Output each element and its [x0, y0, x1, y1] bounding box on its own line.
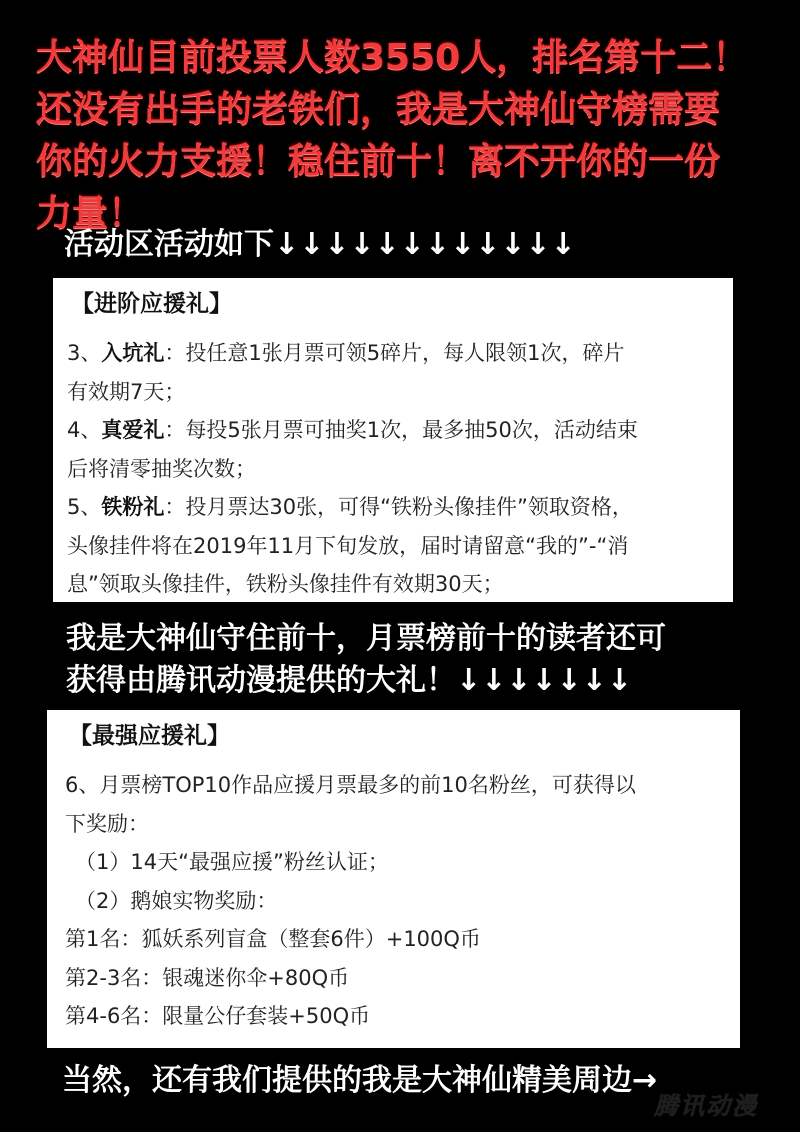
top10-heading: 我是大神仙守住前十，月票榜前十的读者还可 获得由腾讯动漫提供的大礼！↓↓↓↓↓↓…: [66, 618, 666, 702]
reward-item: （2）鹅娘实物奖励：: [65, 882, 728, 921]
merch-heading: 当然，还有我们提供的我是大神仙精美周边→: [62, 1060, 657, 1102]
reward-intro-cont: 下奖励：: [65, 805, 728, 844]
prize-item: 第1名：狐妖系列盲盒（整套6件）+100Q币: [65, 920, 728, 959]
headline-red: 大神仙目前投票人数3550人，排名第十二！ 还没有出手的老铁们，我是大神仙守榜需…: [36, 32, 776, 240]
watermark-logo: 腾讯动漫: [654, 1086, 758, 1121]
gift-item-5-cont2: 息”领取头像挂件，铁粉头像挂件有效期30天；: [67, 565, 721, 604]
headline-line: 还没有出手的老铁们，我是大神仙守榜需要: [36, 84, 776, 136]
strongest-support-gift-box: 【最强应援礼】 6、月票榜TOP10作品应援月票最多的前10名粉丝，可获得以 下…: [47, 710, 740, 1048]
prize-item: 第2-3名：银魂迷你伞+80Q币: [65, 959, 728, 998]
prize-item: 第4-6名：限量公仔套装+50Q币: [65, 997, 728, 1036]
top10-heading-line: 我是大神仙守住前十，月票榜前十的读者还可: [66, 618, 666, 660]
reward-intro: 6、月票榜TOP10作品应援月票最多的前10名粉丝，可获得以: [65, 766, 728, 805]
gift-item-3: 3、入坑礼：投任意1张月票可领5碎片，每人限领1次，碎片: [67, 334, 721, 373]
activity-heading: 活动区活动如下↓↓↓↓↓↓↓↓↓↓↓↓: [64, 224, 576, 266]
gift-item-4: 4、真爱礼：每投5张月票可抽奖1次，最多抽50次，活动结束: [67, 411, 721, 450]
gift-item-3-cont: 有效期7天；: [67, 373, 721, 412]
headline-line: 大神仙目前投票人数3550人，排名第十二！: [36, 32, 776, 84]
box-title: 【进阶应援礼】: [71, 284, 721, 324]
box-title: 【最强应援礼】: [69, 716, 728, 756]
top10-heading-line: 获得由腾讯动漫提供的大礼！↓↓↓↓↓↓↓: [66, 660, 666, 702]
headline-line: 你的火力支援！稳住前十！离不开你的一份: [36, 136, 776, 188]
gift-item-5: 5、铁粉礼：投月票达30张，可得“铁粉头像挂件”领取资格，: [67, 488, 721, 527]
advanced-support-gift-box: 【进阶应援礼】 3、入坑礼：投任意1张月票可领5碎片，每人限领1次，碎片 有效期…: [53, 278, 733, 602]
gift-item-5-cont: 头像挂件将在2019年11月下旬发放，届时请留意“我的”-“消: [67, 527, 721, 566]
gift-item-4-cont: 后将清零抽奖次数；: [67, 450, 721, 489]
reward-item: （1）14天“最强应援”粉丝认证；: [65, 843, 728, 882]
